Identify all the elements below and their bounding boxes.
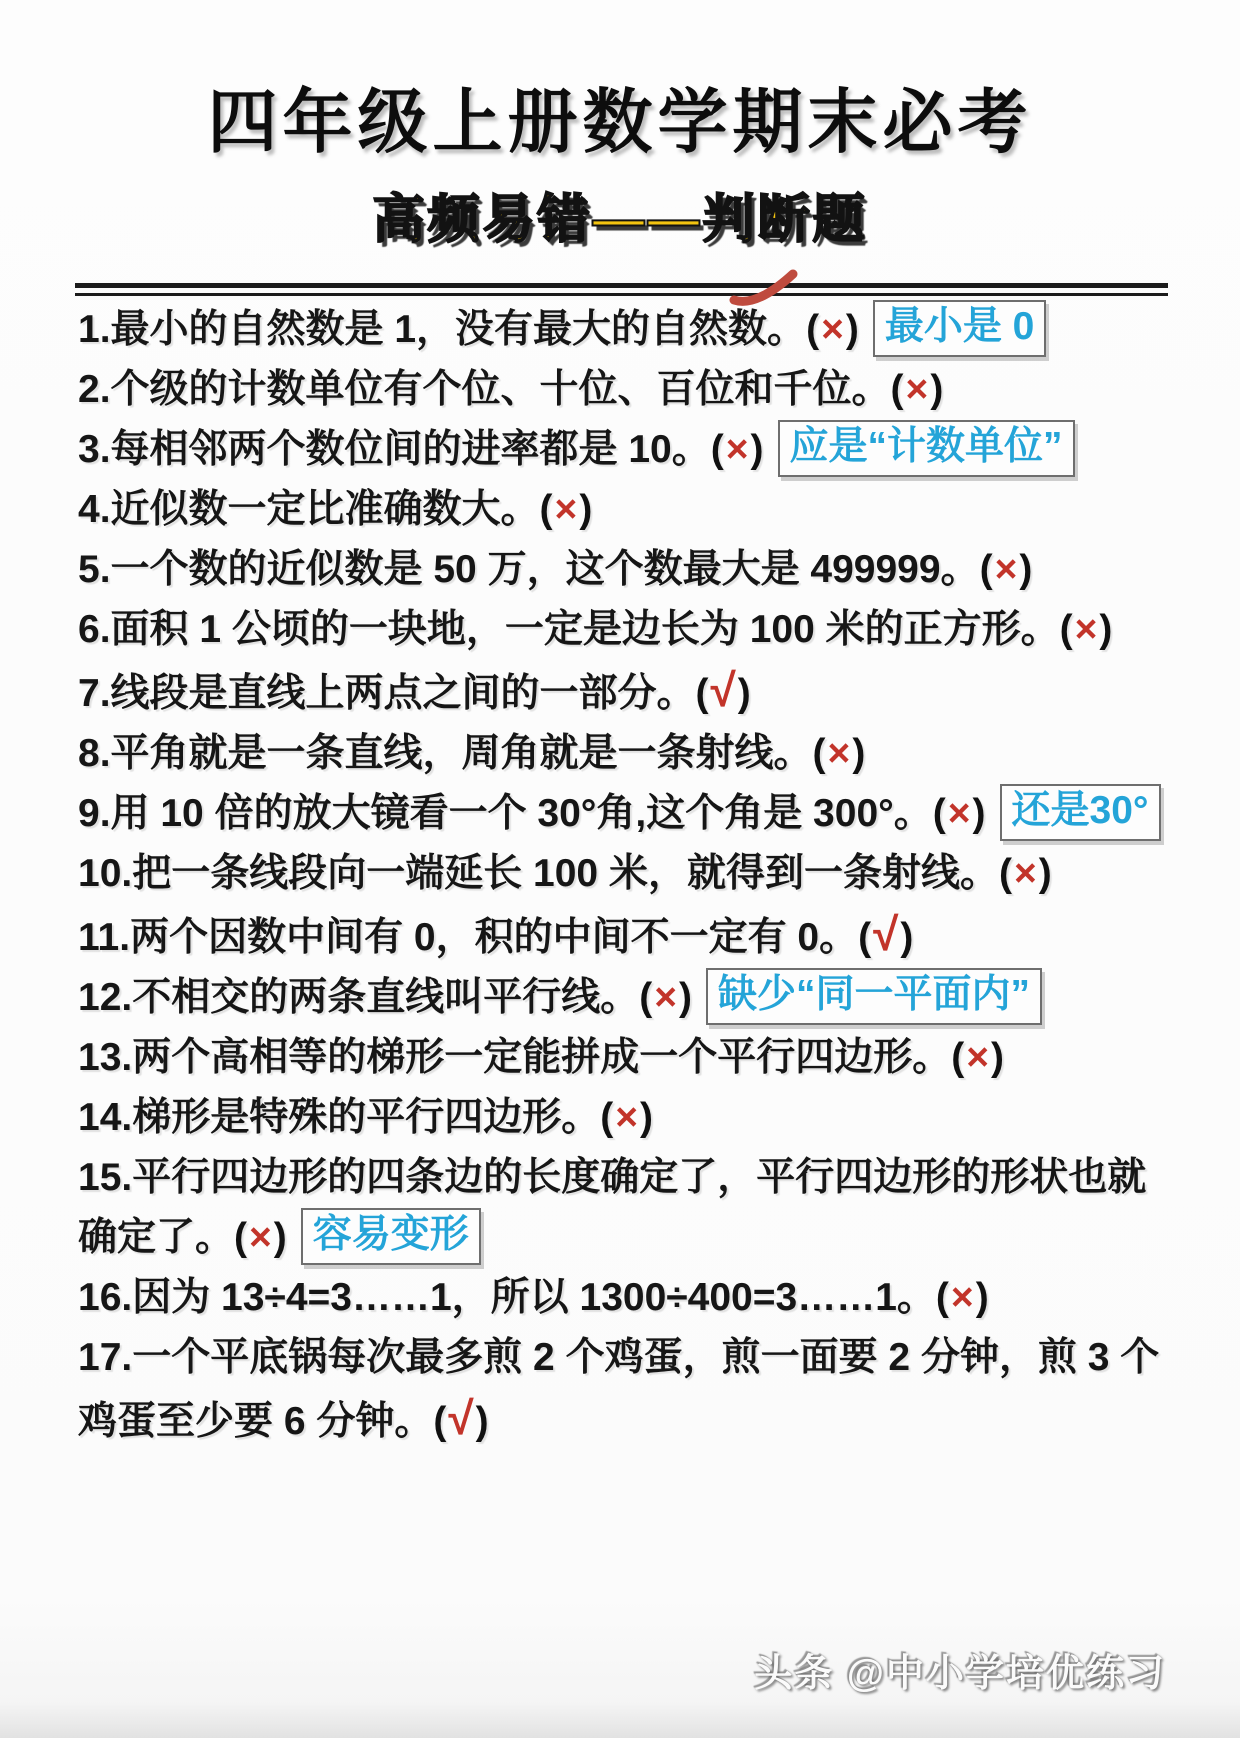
question-item: 8.平角就是一条直线，周角就是一条射线。(×)	[78, 724, 1166, 784]
annotation-box: 最小是 0	[873, 300, 1047, 357]
question-text: 13.两个高相等的梯形一定能拼成一个平行四边形。	[78, 1036, 951, 1079]
answer-mark: (√)	[696, 672, 751, 715]
answer-mark: (×)	[813, 732, 866, 775]
question-text: 11.两个因数中间有 0，积的中间不一定有 0。	[78, 916, 858, 959]
question-text: 4.近似数一定比准确数大。	[78, 488, 540, 531]
paren-close: )	[476, 1400, 489, 1443]
paren-close: )	[900, 916, 913, 959]
paren-close: )	[852, 732, 865, 775]
cross-mark-icon: ×	[652, 976, 679, 1019]
paren-close: )	[274, 1216, 287, 1259]
question-text: 6.面积 1 公顷的一块地，一定是边长为 100 米的正方形。	[78, 608, 1060, 651]
answer-mark: (×)	[936, 1276, 989, 1319]
cross-mark-icon: ×	[993, 548, 1020, 591]
paren-open: (	[999, 852, 1012, 895]
question-item: 5.一个数的近似数是 50 万，这个数最大是 499999。(×)	[78, 540, 1166, 600]
answer-mark: (×)	[806, 308, 859, 351]
worksheet-page: 四年级上册数学期末必考 高频易错——判断题 1.最小的自然数是 1，没有最大的自…	[0, 0, 1240, 1738]
paren-open: (	[891, 368, 904, 411]
answer-mark: (×)	[639, 976, 692, 1019]
question-item: 13.两个高相等的梯形一定能拼成一个平行四边形。(×)	[78, 1028, 1166, 1088]
question-text: 1.最小的自然数是 1，没有最大的自然数。	[78, 308, 806, 351]
check-mark-icon: √	[871, 908, 900, 960]
paren-open: (	[433, 1400, 446, 1443]
answer-mark: (×)	[999, 852, 1052, 895]
cross-mark-icon: ×	[553, 488, 580, 531]
question-text: 7.线段是直线上两点之间的一部分。	[78, 672, 696, 715]
answer-mark: (×)	[980, 548, 1033, 591]
cross-mark-icon: ×	[724, 428, 751, 471]
question-text: 12.不相交的两条直线叫平行线。	[78, 976, 639, 1019]
paren-open: (	[858, 916, 871, 959]
paren-close: )	[930, 368, 943, 411]
cross-mark-icon: ×	[826, 732, 853, 775]
paren-close: )	[1099, 608, 1112, 651]
page-title: 四年级上册数学期末必考	[0, 82, 1240, 163]
cross-mark-icon: ×	[904, 368, 931, 411]
cross-mark-icon: ×	[949, 1276, 976, 1319]
question-text: 17.一个平底锅每次最多煎 2 个鸡蛋，煎一面要 2 分钟，煎 3 个鸡蛋至少要…	[78, 1336, 1159, 1443]
answer-mark: (×)	[711, 428, 764, 471]
answer-mark: (×)	[234, 1216, 287, 1259]
paren-open: (	[933, 792, 946, 835]
answer-mark: (×)	[1060, 608, 1113, 651]
question-text: 2.个级的计数单位有个位、十位、百位和千位。	[78, 368, 891, 411]
paren-open: (	[1060, 608, 1073, 651]
answer-mark: (√)	[858, 916, 913, 959]
paren-open: (	[234, 1216, 247, 1259]
annotation-box: 应是“计数单位”	[778, 420, 1075, 477]
question-item: 14.梯形是特殊的平行四边形。(×)	[78, 1088, 1166, 1148]
question-item: 17.一个平底锅每次最多煎 2 个鸡蛋，煎一面要 2 分钟，煎 3 个鸡蛋至少要…	[78, 1328, 1166, 1452]
question-text: 9.用 10 倍的放大镜看一个 30°角,这个角是 300°。	[78, 792, 933, 835]
question-text: 16.因为 13÷4=3……1，所以 1300÷400=3……1。	[78, 1276, 936, 1319]
question-text: 14.梯形是特殊的平行四边形。	[78, 1096, 600, 1139]
footer-strip	[0, 1702, 1240, 1738]
question-list: 1.最小的自然数是 1，没有最大的自然数。(×)最小是 02.个级的计数单位有个…	[78, 300, 1166, 1452]
paren-close: )	[973, 792, 986, 835]
question-item: 7.线段是直线上两点之间的一部分。(√)	[78, 660, 1166, 724]
paren-open: (	[711, 428, 724, 471]
watermark: 头条 @中小学培优练习	[754, 1642, 1166, 1697]
question-item: 11.两个因数中间有 0，积的中间不一定有 0。(√)	[78, 904, 1166, 968]
question-text: 10.把一条线段向一端延长 100 米，就得到一条射线。	[78, 852, 999, 895]
question-item: 12.不相交的两条直线叫平行线。(×)缺少“同一平面内”	[78, 968, 1166, 1028]
check-mark-icon: √	[446, 1392, 475, 1444]
question-item: 15.平行四边形的四条边的长度确定了，平行四边形的形状也就确定了。(×)容易变形	[78, 1148, 1166, 1268]
answer-mark: (×)	[933, 792, 986, 835]
question-item: 4.近似数一定比准确数大。(×)	[78, 480, 1166, 540]
page-subtitle: 高频易错——判断题	[0, 192, 1240, 249]
cross-mark-icon: ×	[964, 1036, 991, 1079]
paren-close: )	[846, 308, 859, 351]
question-item: 2.个级的计数单位有个位、十位、百位和千位。(×)	[78, 360, 1166, 420]
question-text: 8.平角就是一条直线，周角就是一条射线。	[78, 732, 813, 775]
question-item: 9.用 10 倍的放大镜看一个 30°角,这个角是 300°。(×)还是30°	[78, 784, 1166, 844]
question-text: 5.一个数的近似数是 50 万，这个数最大是 499999。	[78, 548, 980, 591]
paren-close: )	[640, 1096, 653, 1139]
paren-open: (	[936, 1276, 949, 1319]
question-item: 1.最小的自然数是 1，没有最大的自然数。(×)最小是 0	[78, 300, 1166, 360]
double-rule-divider	[75, 283, 1168, 296]
check-mark-icon: √	[709, 664, 738, 716]
cross-mark-icon: ×	[1073, 608, 1100, 651]
cross-mark-icon: ×	[1012, 852, 1039, 895]
cross-mark-icon: ×	[247, 1216, 274, 1259]
answer-mark: (×)	[891, 368, 944, 411]
paren-open: (	[540, 488, 553, 531]
question-text: 3.每相邻两个数位间的进率都是 10。	[78, 428, 711, 471]
cross-mark-icon: ×	[819, 308, 846, 351]
answer-mark: (√)	[433, 1400, 488, 1443]
answer-mark: (×)	[540, 488, 593, 531]
question-item: 10.把一条线段向一端延长 100 米，就得到一条射线。(×)	[78, 844, 1166, 904]
cross-mark-icon: ×	[946, 792, 973, 835]
paren-close: )	[738, 672, 751, 715]
paren-open: (	[813, 732, 826, 775]
paren-close: )	[679, 976, 692, 1019]
paren-open: (	[696, 672, 709, 715]
annotation-box: 缺少“同一平面内”	[706, 968, 1042, 1025]
annotation-box: 容易变形	[301, 1208, 481, 1265]
question-item: 6.面积 1 公顷的一块地，一定是边长为 100 米的正方形。(×)	[78, 600, 1166, 660]
answer-mark: (×)	[951, 1036, 1004, 1079]
paren-open: (	[951, 1036, 964, 1079]
paren-open: (	[600, 1096, 613, 1139]
paren-close: )	[991, 1036, 1004, 1079]
question-item: 3.每相邻两个数位间的进率都是 10。(×)应是“计数单位”	[78, 420, 1166, 480]
paren-close: )	[1039, 852, 1052, 895]
paren-close: )	[1019, 548, 1032, 591]
paren-open: (	[639, 976, 652, 1019]
paren-open: (	[980, 548, 993, 591]
cross-mark-icon: ×	[613, 1096, 640, 1139]
answer-mark: (×)	[600, 1096, 653, 1139]
annotation-box: 还是30°	[1000, 784, 1161, 841]
paren-close: )	[751, 428, 764, 471]
paren-close: )	[976, 1276, 989, 1319]
paren-close: )	[579, 488, 592, 531]
question-item: 16.因为 13÷4=3……1，所以 1300÷400=3……1。(×)	[78, 1268, 1166, 1328]
paren-open: (	[806, 308, 819, 351]
